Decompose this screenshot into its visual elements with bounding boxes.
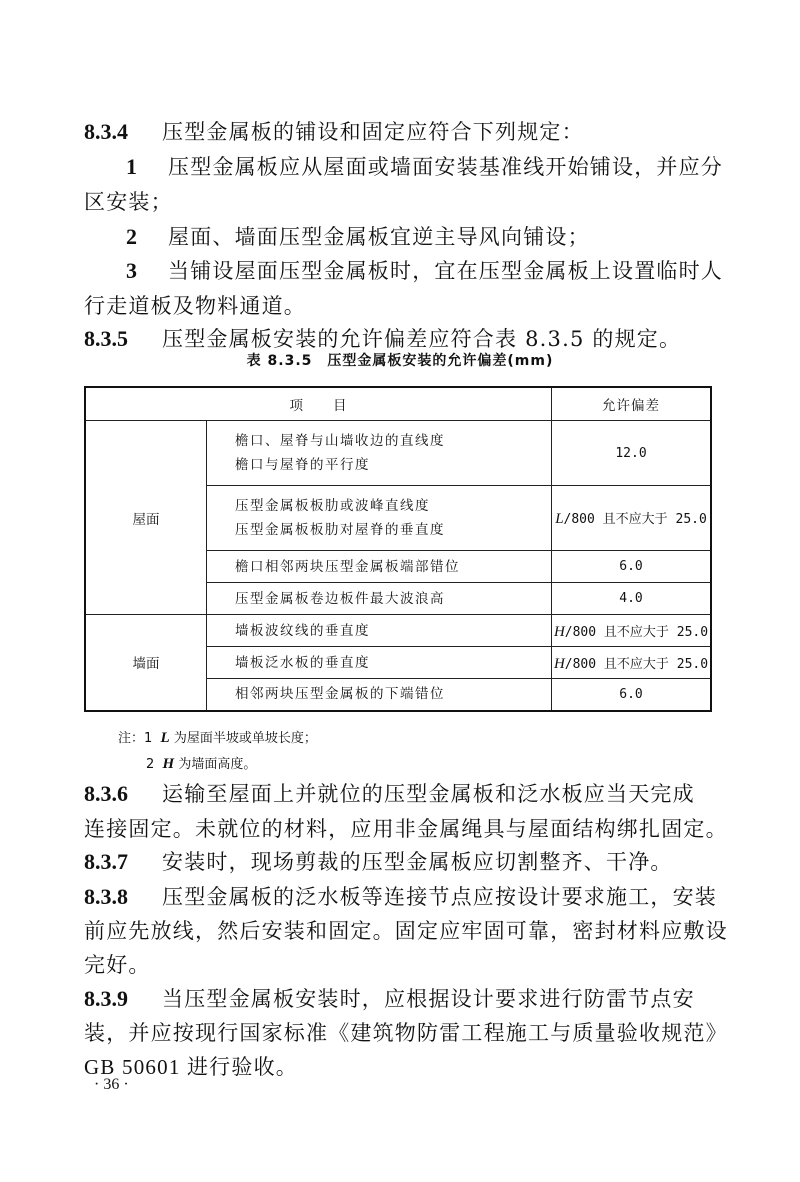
table-note-1: 注：1 L 为屋面半坡或单坡长度； xyxy=(118,727,317,747)
value-cell: H/800 且不应大于 25.0 xyxy=(552,615,712,647)
item-line: 檐口、屋脊与山墙收边的直线度 xyxy=(235,429,551,453)
clause-number: 8.3.5 xyxy=(84,325,162,353)
clause-number: 8.3.6 xyxy=(84,780,162,808)
clause-number: 8.3.9 xyxy=(84,985,162,1013)
value-cell: 12.0 xyxy=(552,421,712,486)
clause-8-3-9-cont: 装，并应按现行国家标准《建筑物防雷工程施工与质量验收规范》 xyxy=(84,1019,728,1047)
clause-8-3-8-cont: 前应先放线，然后安装和固定。固定应牢固可靠，密封材料应敷设 xyxy=(84,917,728,945)
table-row: 屋面 檐口、屋脊与山墙收边的直线度 檐口与屋脊的平行度 12.0 xyxy=(85,421,711,486)
list-item-3-cont: 行走道板及物料通道。 xyxy=(84,292,306,320)
item-cell: 檐口相邻两块压型金属板端部错位 xyxy=(207,551,552,583)
list-item-2: 2屋面、墙面压型金属板宜逆主导风向铺设； xyxy=(84,223,590,251)
value-cell: 4.0 xyxy=(552,583,712,615)
value-text: /800 且不应大于 25.0 xyxy=(565,625,708,640)
item-line: 檐口与屋脊的平行度 xyxy=(235,453,551,477)
list-item-3: 3当铺设屋面压型金属板时，宜在压型金属板上设置临时人 xyxy=(84,257,723,285)
item-cell: 压型金属板卷边板件最大波浪高 xyxy=(207,583,552,615)
note-text: 为墙面高度。 xyxy=(178,757,256,772)
clause-8-3-9: 8.3.9当压型金属板安装时，应根据设计要求进行防雷节点安 xyxy=(84,985,695,1013)
value-cell: 6.0 xyxy=(552,551,712,583)
note-var: L xyxy=(161,730,170,746)
item-text: 屋面、墙面压型金属板宜逆主导风向铺设； xyxy=(168,225,590,249)
clause-number: 8.3.7 xyxy=(84,848,162,876)
note-text: 为屋面半坡或单坡长度； xyxy=(174,731,317,746)
note-var: H xyxy=(163,756,175,772)
note-prefix: 注：1 xyxy=(118,731,152,746)
tolerance-table: 项 目 允许偏差 屋面 檐口、屋脊与山墙收边的直线度 檐口与屋脊的平行度 12.… xyxy=(84,386,712,712)
item-cell: 墙板泛水板的垂直度 xyxy=(207,647,552,679)
value-cell: 6.0 xyxy=(552,679,712,711)
clause-number: 8.3.8 xyxy=(84,883,162,911)
page-number: · 36 · xyxy=(94,1076,129,1094)
clause-8-3-5: 8.3.5压型金属板安装的允许偏差应符合表 8.3.5 的规定。 xyxy=(84,325,681,353)
list-item-1: 1压型金属板应从屋面或墙面安装基准线开始铺设，并应分 xyxy=(84,153,723,181)
clause-8-3-8: 8.3.8压型金属板的泛水板等连接节点应按设计要求施工，安装 xyxy=(84,883,717,911)
value-cell: H/800 且不应大于 25.0 xyxy=(552,647,712,679)
clause-text: 压型金属板的铺设和固定应符合下列规定： xyxy=(162,120,584,144)
table-header-row: 项 目 允许偏差 xyxy=(85,387,711,421)
clause-8-3-8-cont2: 完好。 xyxy=(84,951,151,979)
list-item-1-cont: 区安装； xyxy=(84,188,173,216)
clause-number: 8.3.4 xyxy=(84,118,162,146)
clause-text: 当压型金属板安装时，应根据设计要求进行防雷节点安 xyxy=(162,987,695,1011)
item-line: 压型金属板板肋对屋脊的垂直度 xyxy=(235,518,551,542)
item-cell: 檐口、屋脊与山墙收边的直线度 檐口与屋脊的平行度 xyxy=(207,421,552,486)
category-roof: 屋面 xyxy=(85,421,207,615)
table-note-2: 2 H 为墙面高度。 xyxy=(146,753,256,773)
clause-8-3-6: 8.3.6运输至屋面上并就位的压型金属板和泛水板应当天完成 xyxy=(84,780,695,808)
clause-8-3-7: 8.3.7安装时，现场剪裁的压型金属板应切割整齐、干净。 xyxy=(84,848,673,876)
table-row: 墙面 墙板波纹线的垂直度 H/800 且不应大于 25.0 xyxy=(85,615,711,647)
item-number: 3 xyxy=(126,257,168,285)
value-cell: L/800 且不应大于 25.0 xyxy=(552,486,712,551)
clause-text: 运输至屋面上并就位的压型金属板和泛水板应当天完成 xyxy=(162,782,695,806)
header-tolerance: 允许偏差 xyxy=(552,387,712,421)
var-l: L xyxy=(555,511,563,527)
clause-text: 安装时，现场剪裁的压型金属板应切割整齐、干净。 xyxy=(162,850,673,874)
item-number: 1 xyxy=(126,153,168,181)
item-line: 压型金属板板肋或波峰直线度 xyxy=(235,494,551,518)
item-cell: 墙板波纹线的垂直度 xyxy=(207,615,552,647)
clause-text: 压型金属板安装的允许偏差应符合表 8.3.5 的规定。 xyxy=(162,327,681,351)
note-number: 2 xyxy=(146,757,154,772)
var-h: H xyxy=(554,656,565,672)
clause-8-3-6-cont: 连接固定。未就位的材料，应用非金属绳具与屋面结构绑扎固定。 xyxy=(84,815,728,843)
header-item: 项 目 xyxy=(85,387,552,421)
item-text: 压型金属板应从屋面或墙面安装基准线开始铺设，并应分 xyxy=(168,155,723,179)
clause-text: 压型金属板的泛水板等连接节点应按设计要求施工，安装 xyxy=(162,885,717,909)
category-wall: 墙面 xyxy=(85,615,207,711)
var-h: H xyxy=(554,624,565,640)
table-caption: 表 8.3.5 压型金属板安装的允许偏差(mm) xyxy=(0,350,800,370)
item-number: 2 xyxy=(126,223,168,251)
clause-8-3-4: 8.3.4压型金属板的铺设和固定应符合下列规定： xyxy=(84,118,584,146)
item-text: 当铺设屋面压型金属板时，宜在压型金属板上设置临时人 xyxy=(168,259,723,283)
value-text: /800 且不应大于 25.0 xyxy=(564,512,707,527)
item-cell: 压型金属板板肋或波峰直线度 压型金属板板肋对屋脊的垂直度 xyxy=(207,486,552,551)
value-text: /800 且不应大于 25.0 xyxy=(565,657,708,672)
item-cell: 相邻两块压型金属板的下端错位 xyxy=(207,679,552,711)
